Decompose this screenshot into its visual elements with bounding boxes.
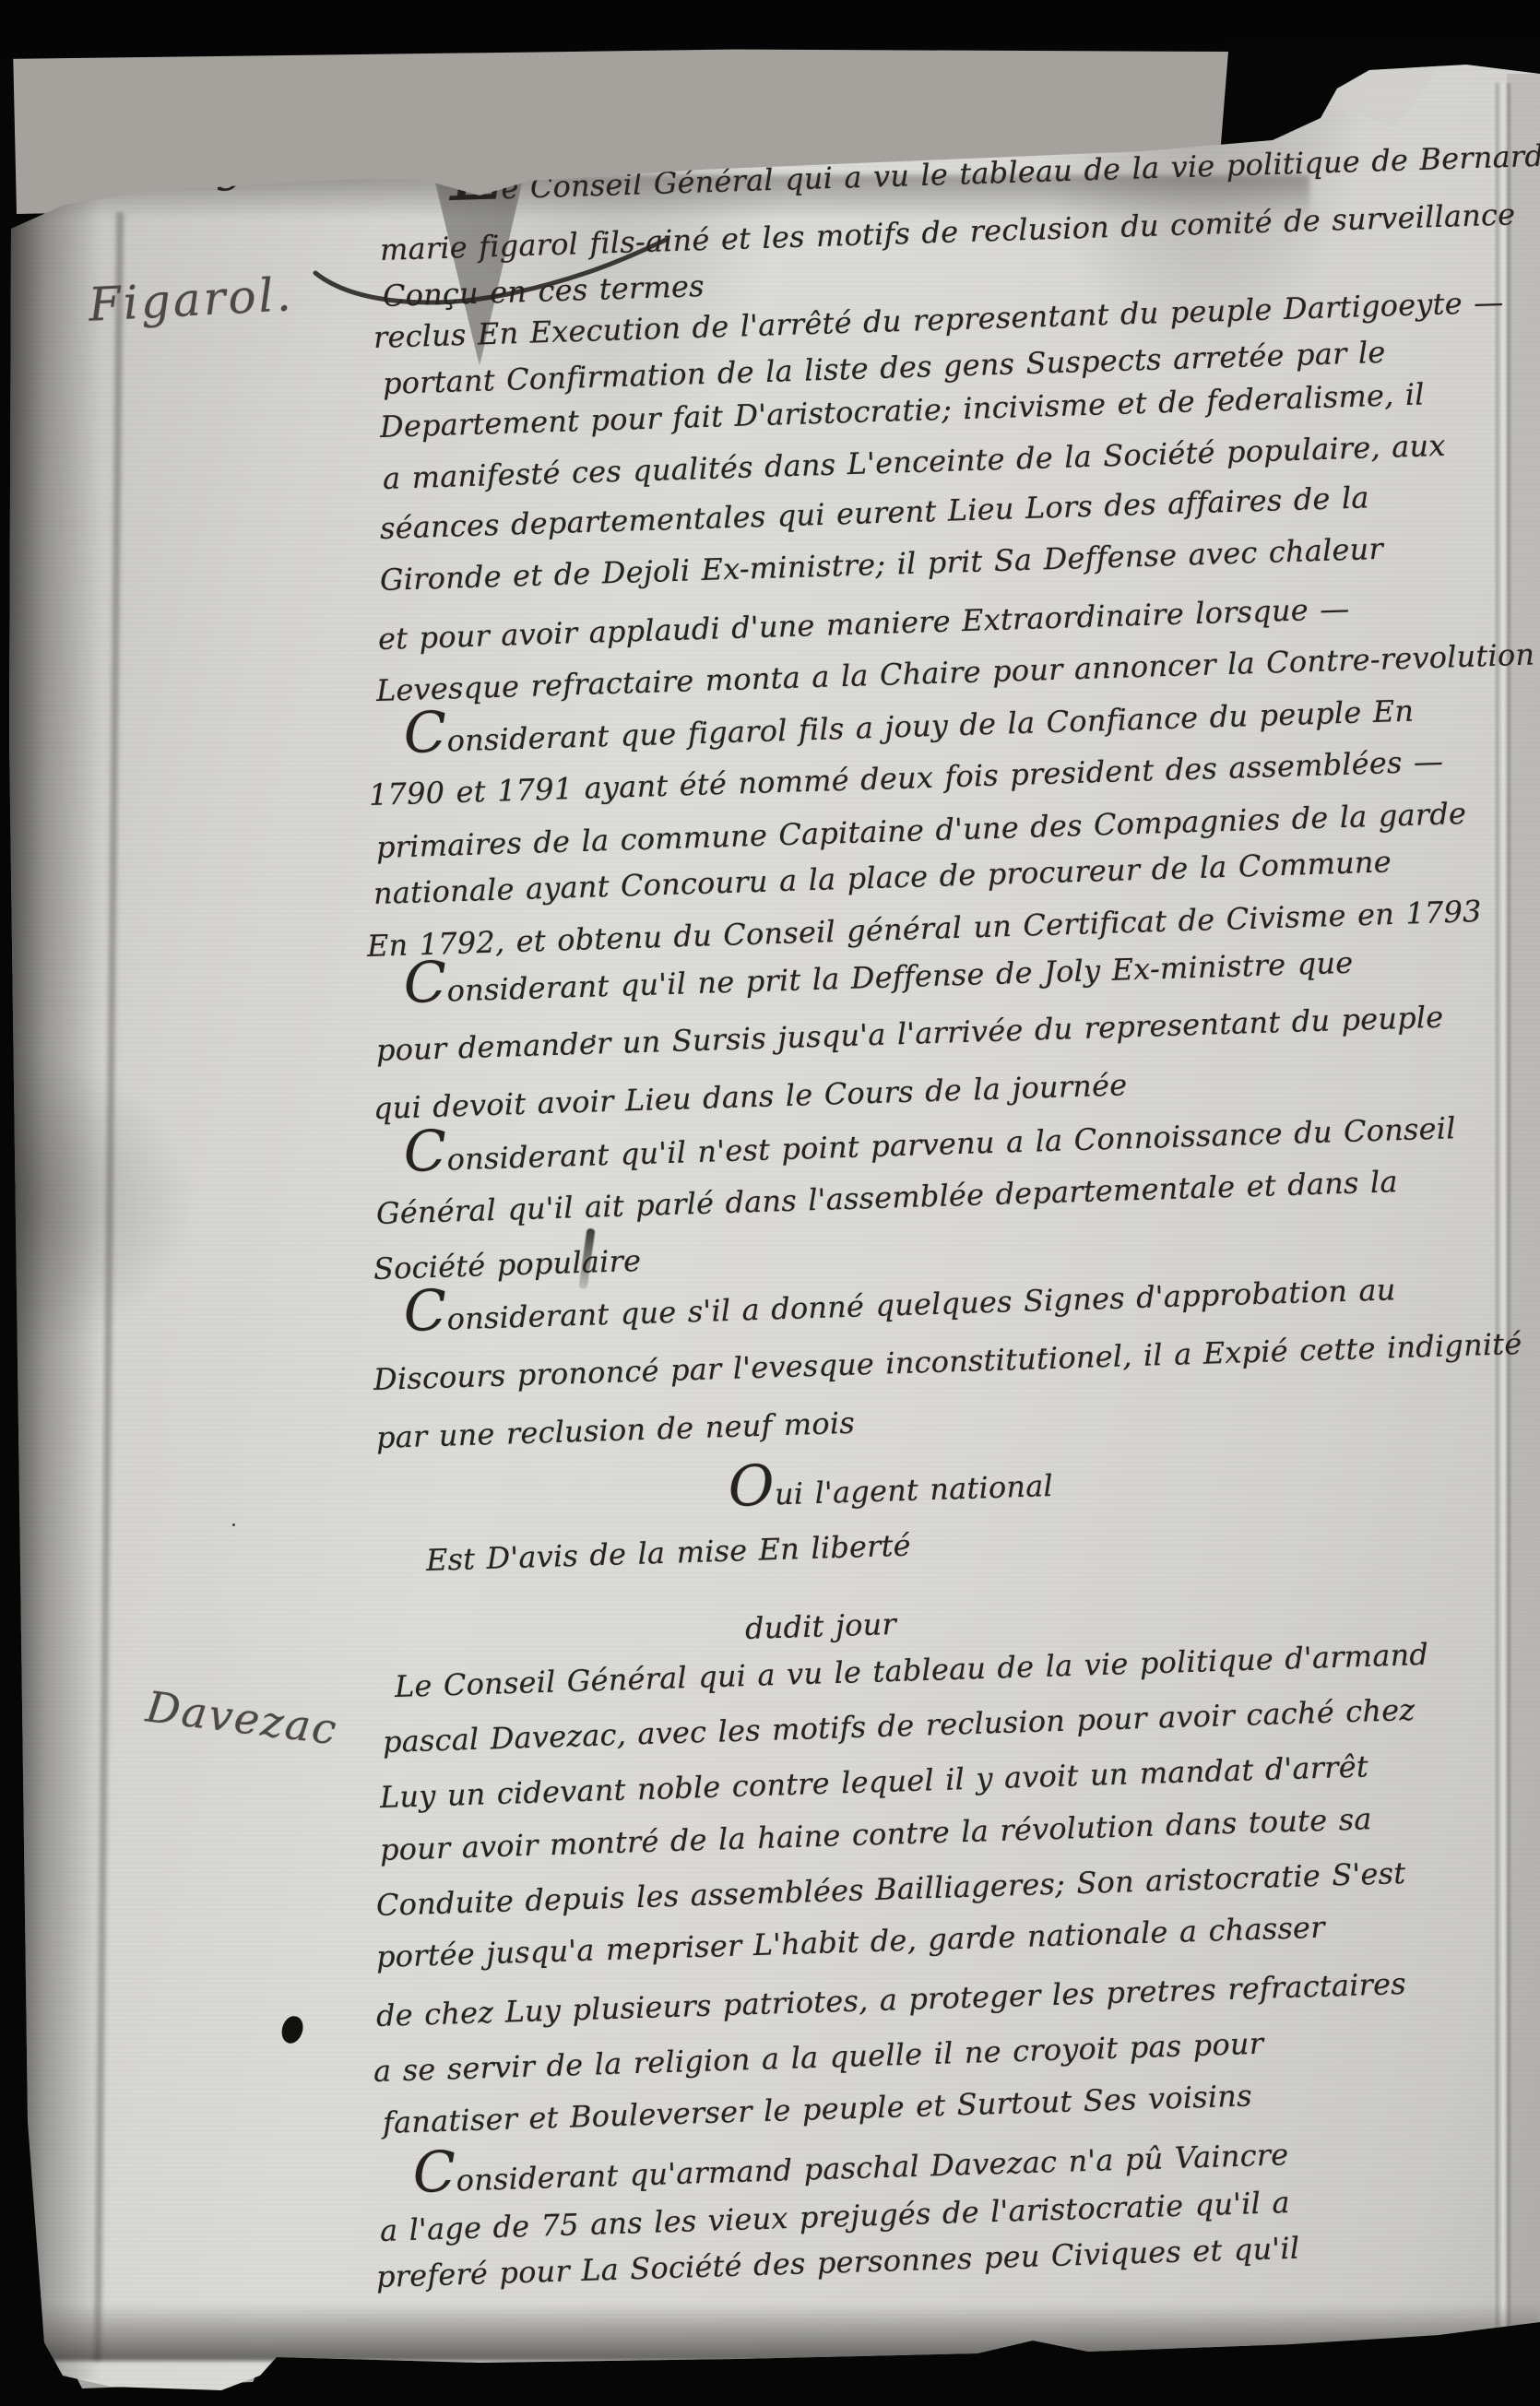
manuscript-line-9: Gironde et de Dejoli Ex-ministre; il pri… <box>379 534 1383 595</box>
manuscript-line-34: portée jusqu'a mepriser L'habit de, gard… <box>375 1913 1325 1972</box>
ink-speck <box>1243 89 1248 93</box>
manuscript-line-28: dudit jour <box>744 1609 896 1643</box>
manuscript-line-24: Discours prononcé par l'evesque inconsti… <box>373 1329 1522 1394</box>
manuscript-line-36: a se servir de la religion a la quelle i… <box>373 2029 1263 2086</box>
manuscript-line-12: Considerant que figarol fils a jouy de l… <box>403 696 1414 757</box>
manuscript-line-10: et pour avoir applaudi d'une maniere Ext… <box>377 594 1349 654</box>
manuscript-line-27: Est D'avis de la mise En liberté <box>425 1530 911 1575</box>
manuscript-line-35: de chez Luy plusieurs patriotes, a prote… <box>375 1969 1406 2031</box>
manuscript-line-32: pour avoir montré de la haine contre la … <box>379 1804 1372 1865</box>
left-edge-shadow <box>0 166 101 2379</box>
ink-speck <box>232 1523 235 1526</box>
manuscript-line-26: Oui l'agent national <box>728 1471 1053 1511</box>
ink-blot <box>279 2014 306 2045</box>
manuscript-line-22: Société populaire <box>373 1246 641 1284</box>
manuscript-line-19: qui devoit avoir Lieu dans le Cours de l… <box>373 1070 1127 1123</box>
manuscript-line-3: Conçu en ces termes <box>382 271 705 311</box>
top-right-corner-flap <box>1319 39 1457 127</box>
bottom-edge-shadow <box>37 2304 1540 2361</box>
manuscript-line-8: séances departementales qui eurent Lieu … <box>379 482 1369 543</box>
right-fold-panel <box>1507 74 1540 2333</box>
manuscript-line-23: Considerant que s'il a donné quelques Si… <box>403 1274 1396 1335</box>
manuscript-line-29: Le Conseil Général qui a vu le tableau d… <box>394 1640 1428 1701</box>
manuscript-line-25: par une reclusion de neuf mois <box>375 1408 855 1452</box>
manuscript-line-37: fanatiser et Bouleverser le peuple et Su… <box>382 2080 1252 2138</box>
manuscript-line-21: Général qu'il ait parlé dans l'assemblée… <box>375 1167 1398 1228</box>
margin-note-davezac: Davezac <box>144 1685 340 1750</box>
margin-note-figarol: Figarol. <box>88 271 295 328</box>
manuscript-line-30: pascal Davezac, avec les motifs de reclu… <box>382 1695 1415 1757</box>
paper-sheet: du 20 Vendemiaire 4e. Page Figarol. Dave… <box>0 0 1540 2406</box>
manuscript-line-31: Luy un cidevant noble contre lequel il y… <box>379 1751 1368 1812</box>
manuscript-line-18: pour demander un Sursis jusqu'a l'arrivé… <box>375 1002 1443 1065</box>
manuscript-scan: { "colors": { "scan_background": "#06060… <box>0 0 1540 2406</box>
manuscript-line-33: Conduite depuis les assemblées Bailliage… <box>375 1858 1405 1920</box>
